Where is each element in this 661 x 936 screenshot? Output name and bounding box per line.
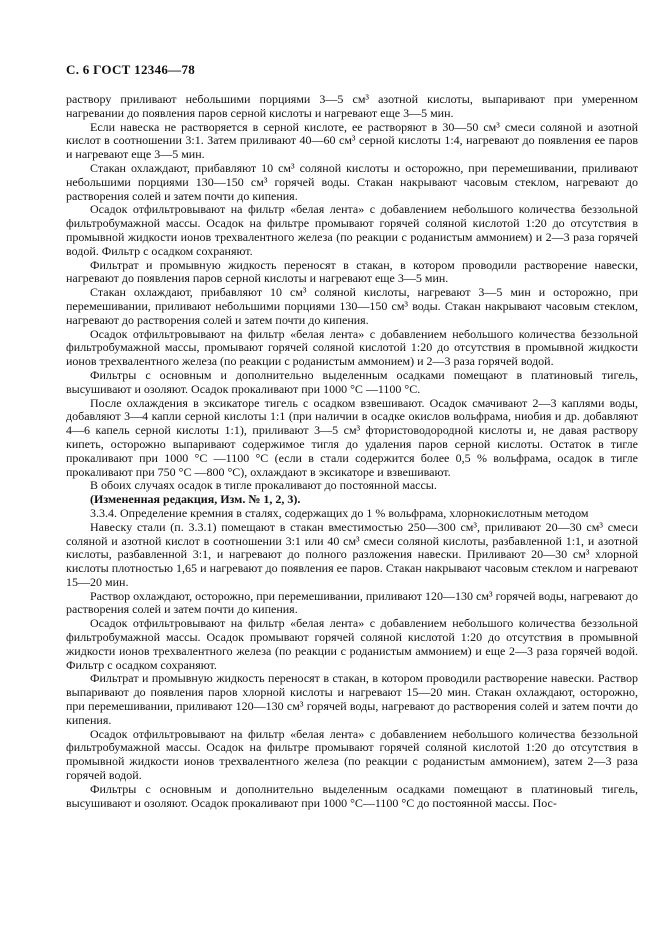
paragraph: После охлаждения в эксикаторе тигель с о… <box>66 397 638 480</box>
paragraph: Осадок отфильтровывают на фильтр «белая … <box>66 728 638 783</box>
page-header: С. 6 ГОСТ 12346—78 <box>66 62 195 78</box>
paragraph: Если навеска не растворяется в серной ки… <box>66 121 638 162</box>
document-body: раствору приливают небольшими порциями 3… <box>66 93 638 810</box>
amendment-note: (Измененная редакция, Изм. № 1, 2, 3). <box>66 493 638 507</box>
paragraph: Осадок отфильтровывают на фильтр «белая … <box>66 203 638 258</box>
paragraph: Осадок отфильтровывают на фильтр «белая … <box>66 617 638 672</box>
paragraph: Осадок отфильтровывают на фильтр «белая … <box>66 328 638 369</box>
paragraph: Раствор охлаждают, осторожно, при переме… <box>66 590 638 618</box>
paragraph: Фильтры с основным и дополнительно выдел… <box>66 783 638 811</box>
paragraph: В обоих случаях осадок в тигле прокалива… <box>66 479 638 493</box>
paragraph: Стакан охлаждают, прибавляют 10 см³ соля… <box>66 162 638 203</box>
paragraph: Фильтрат и промывную жидкость переносят … <box>66 672 638 727</box>
paragraph-continuation: раствору приливают небольшими порциями 3… <box>66 93 638 121</box>
document-page: С. 6 ГОСТ 12346—78 раствору приливают не… <box>0 0 661 936</box>
paragraph: Навеску стали (п. 3.3.1) помещают в стак… <box>66 521 638 590</box>
paragraph: Фильтрат и промывную жидкость переносят … <box>66 259 638 287</box>
paragraph: Стакан охлаждают, прибавляют 10 см³ соля… <box>66 286 638 327</box>
paragraph: Фильтры с основным и дополнительно выдел… <box>66 369 638 397</box>
clause-heading-3-3-4: 3.3.4. Определение кремния в сталях, сод… <box>66 507 638 521</box>
